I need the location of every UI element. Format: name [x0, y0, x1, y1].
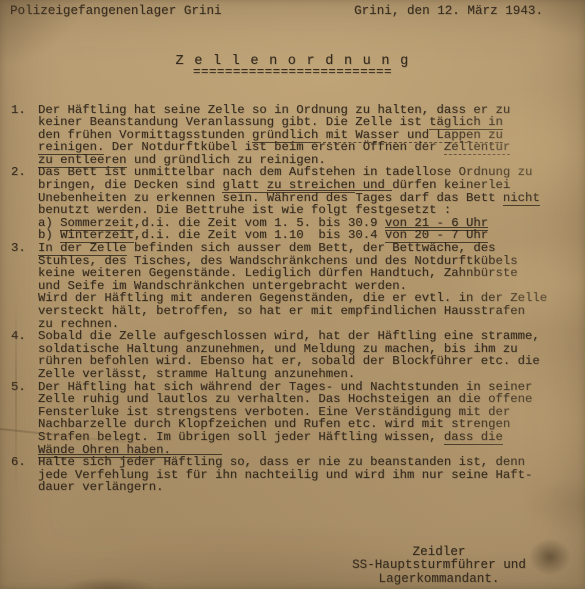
rule-item: 1.Der Häftling hat seine Zelle so in Ord… [0, 104, 585, 167]
rule-number: 3. [0, 242, 38, 330]
signature-block: Zeidler SS-Hauptsturmführer und Lagerkom… [294, 546, 584, 586]
document-header: Polizeigefangenenlager Grini Grini, den … [0, 0, 585, 18]
rule-text: Das Bett ist unmittelbar nach dem Aufste… [38, 166, 585, 242]
rule-item: 6.Halte sich jeder Häftling so, dass er … [0, 456, 585, 494]
rule-number: 1. [0, 104, 38, 167]
rule-number: 2. [0, 166, 38, 242]
rule-text-line: versteckt hält, betroffen, so hat er mit… [38, 305, 585, 318]
rule-number: 5. [0, 381, 38, 457]
rule-text: Der Häftling hat seine Zelle so in Ordnu… [38, 104, 585, 167]
rule-text: In der Zelle befinden sich ausser dem Be… [38, 242, 585, 330]
paper-crease-vertical [15, 300, 17, 500]
rule-number: 6. [0, 456, 38, 494]
signature-title: SS-Hauptsturmführer und Lagerkommandant. [294, 559, 584, 586]
rule-text: Der Häftling hat sich während der Tages-… [38, 381, 585, 457]
rule-item: 3.In der Zelle befinden sich ausser dem … [0, 242, 585, 330]
title-block: Z e l l e n o r d n u n g ==============… [0, 55, 585, 79]
rule-text-line: dauer verlängern. [38, 481, 585, 494]
rule-item: 4.Sobald die Zelle aufgeschlossen wird, … [0, 330, 585, 380]
dateline: Grini, den 12. März 1943. [354, 5, 543, 18]
rules-list: 1.Der Häftling hat seine Zelle so in Ord… [0, 104, 585, 494]
rule-item: 5.Der Häftling hat sich während der Tage… [0, 381, 585, 457]
document-page: Polizeigefangenenlager Grini Grini, den … [0, 0, 585, 589]
rule-text: Sobald die Zelle aufgeschlossen wird, ha… [38, 330, 585, 380]
rule-number: 4. [0, 330, 38, 380]
letterhead: Polizeigefangenenlager Grini [10, 5, 222, 18]
title-underline: ========================= [0, 66, 585, 79]
rule-item: 2.Das Bett ist unmittelbar nach dem Aufs… [0, 166, 585, 242]
rule-text: Halte sich jeder Häftling so, dass er ni… [38, 456, 585, 494]
